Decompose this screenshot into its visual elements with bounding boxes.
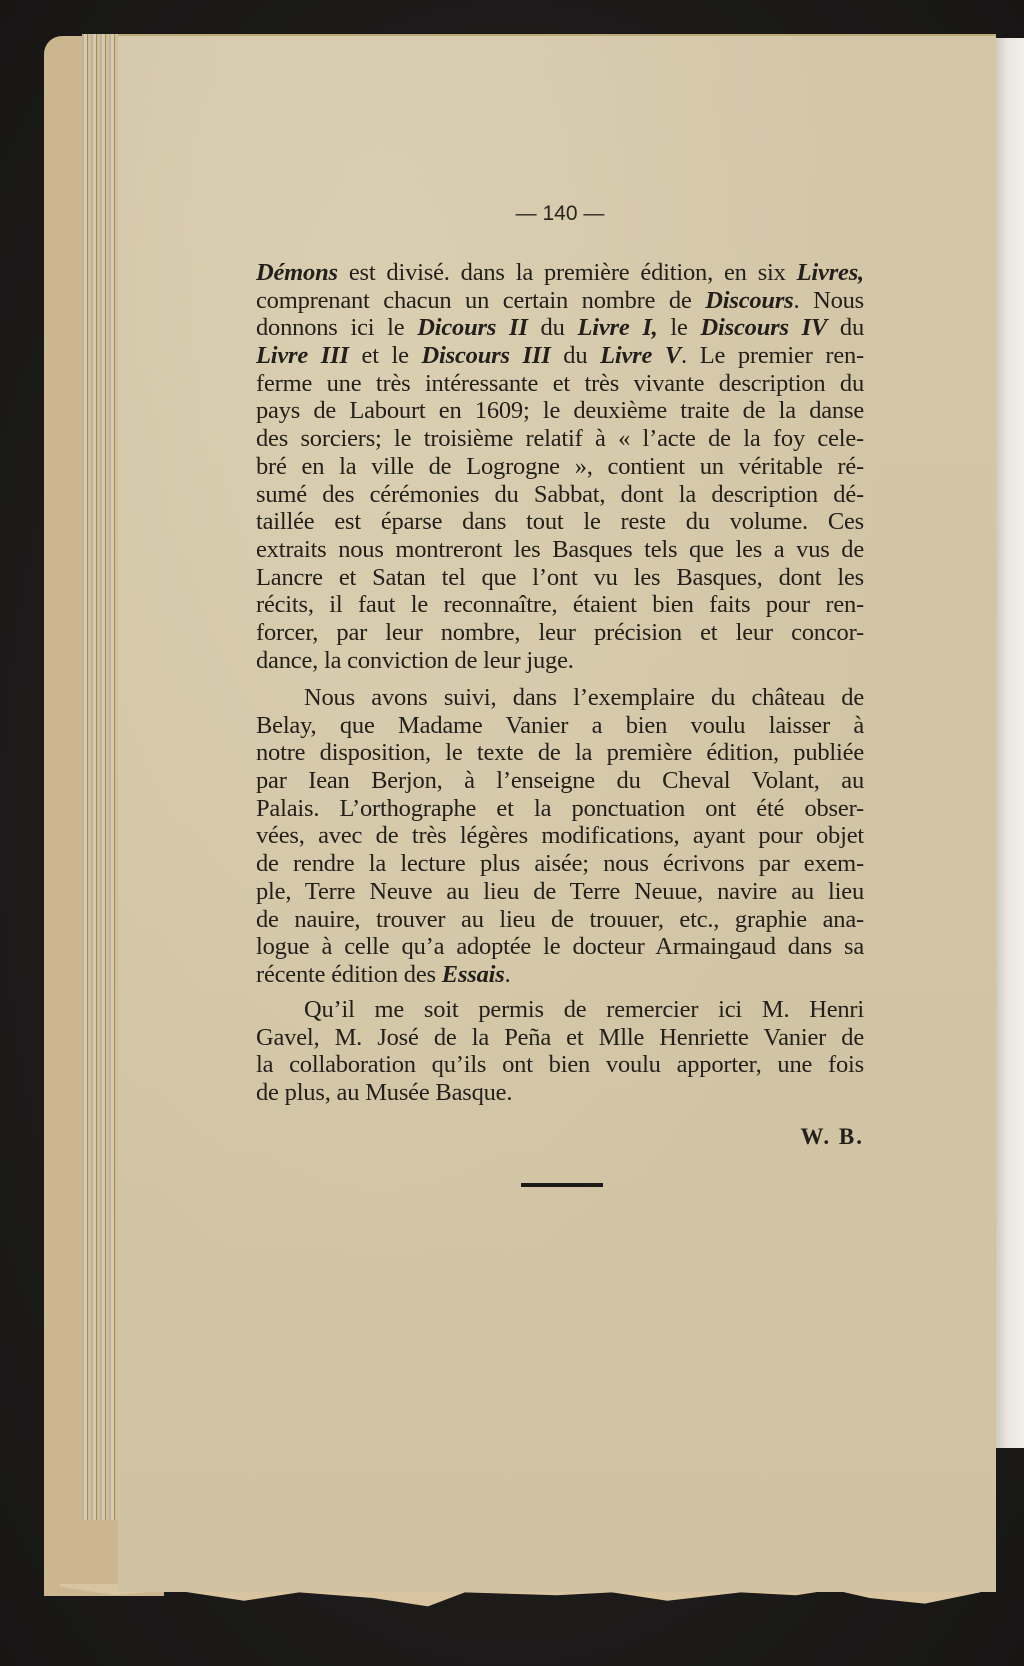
text-line: par Iean Berjon, à l’enseigne du Cheval … [256, 767, 864, 795]
text-run: forcer, par leur nombre, leur précision … [256, 619, 864, 646]
text-line: bré en la ville de Logrogne », contient … [256, 453, 864, 481]
text-line: dance, la conviction de leur juge. [256, 647, 864, 675]
text-line: notre disposition, le texte de la premiè… [256, 739, 864, 767]
italic-title: Discours [705, 287, 793, 314]
text-line: vées, avec de très légères modifications… [256, 822, 864, 850]
text-run: récits, il faut le reconnaître, étaient … [256, 591, 864, 618]
text-run: notre disposition, le texte de la premiè… [256, 739, 864, 766]
text-line: la collaboration qu’ils ont bien voulu a… [256, 1051, 864, 1079]
paragraph: Nous avons suivi, dans l’exemplaire du c… [256, 684, 864, 989]
text-run: ple, Terre Neuve au lieu de Terre Neuue,… [256, 878, 864, 905]
text-run: le [658, 314, 701, 341]
text-run: pays de Labourt en 1609; le deuxième tra… [256, 397, 864, 424]
text-line: Lancre et Satan tel que l’ont vu les Bas… [256, 564, 864, 592]
text-line: Belay, que Madame Vanier a bien voulu la… [256, 712, 864, 740]
text-line: donnons ici le Dicours II du Livre I, le… [256, 314, 864, 342]
text-run: . Nous [794, 287, 864, 314]
text-run: par Iean Berjon, à l’enseigne du Cheval … [256, 767, 864, 794]
signature: W. B. [740, 1123, 864, 1151]
text-line: taillée est éparse dans tout le reste du… [256, 508, 864, 536]
text-run: Lancre et Satan tel que l’ont vu les Bas… [256, 564, 864, 591]
italic-title: Livre I, [577, 314, 657, 341]
facing-page-edge [996, 38, 1024, 1448]
closing-rule [521, 1183, 603, 1187]
text-run: de plus, au Musée Basque. [256, 1079, 512, 1106]
text-line: récits, il faut le reconnaître, étaient … [256, 591, 864, 619]
text-run: logue à celle qu’a adoptée le docteur Ar… [256, 933, 864, 960]
text-run: du [551, 342, 601, 369]
text-run: . Le premier ren- [681, 342, 864, 369]
text-line: Qu’il me soit permis de remercier ici M.… [256, 996, 864, 1024]
italic-title: Essais [442, 961, 505, 988]
text-run: et le [349, 342, 422, 369]
text-line: forcer, par leur nombre, leur précision … [256, 619, 864, 647]
text-run: de nauire, trouver au lieu de trouuer, e… [256, 906, 864, 933]
text-run: Palais. L’orthographe et la ponctuation … [256, 795, 864, 822]
text-run: donnons ici le [256, 314, 417, 341]
italic-title: Discours IV [701, 314, 828, 341]
italic-title: Démons [256, 259, 338, 286]
text-line: sumé des cérémonies du Sabbat, dont la d… [256, 481, 864, 509]
text-line: des sorciers; le troisième relatif à « l… [256, 425, 864, 453]
page-number: — 140 — [256, 200, 864, 228]
paragraph: Qu’il me soit permis de remercier ici M.… [256, 996, 864, 1107]
text-run: du [528, 314, 578, 341]
text-run: Nous avons suivi, dans l’exemplaire du c… [304, 684, 864, 711]
text-run: dance, la conviction de leur juge. [256, 647, 574, 674]
text-line: Démons est divisé. dans la première édit… [256, 259, 864, 287]
italic-title: Livre III [256, 342, 349, 369]
paragraph: Démons est divisé. dans la première édit… [256, 259, 864, 674]
text-run: taillée est éparse dans tout le reste du… [256, 508, 864, 535]
text-run: est divisé. dans la première édition, en… [338, 259, 797, 286]
text-line: extraits nous montreront les Basques tel… [256, 536, 864, 564]
text-line: de rendre la lecture plus aisée; nous éc… [256, 850, 864, 878]
text-run: Qu’il me soit permis de remercier ici M.… [304, 996, 864, 1023]
text-run: Belay, que Madame Vanier a bien voulu la… [256, 712, 864, 739]
text-run: de rendre la lecture plus aisée; nous éc… [256, 850, 864, 877]
text-line: Gavel, M. José de la Peña et Mlle Henrie… [256, 1024, 864, 1052]
text-line: Palais. L’orthographe et la ponctuation … [256, 795, 864, 823]
text-run: récente édition des [256, 961, 442, 988]
text-run: comprenant chacun un certain nombre de [256, 287, 705, 314]
text-line: de plus, au Musée Basque. [256, 1079, 864, 1107]
italic-title: Discours III [422, 342, 551, 369]
text-line: ferme une très intéressante et très viva… [256, 370, 864, 398]
text-line: comprenant chacun un certain nombre de D… [256, 287, 864, 315]
text-line: Livre III et le Discours III du Livre V.… [256, 342, 864, 370]
text-run: Gavel, M. José de la Peña et Mlle Henrie… [256, 1024, 864, 1051]
text-run: la collaboration qu’ils ont bien voulu a… [256, 1051, 864, 1078]
text-run: des sorciers; le troisième relatif à « l… [256, 425, 864, 452]
italic-title: Livres, [797, 259, 864, 286]
text-line: Nous avons suivi, dans l’exemplaire du c… [256, 684, 864, 712]
text-line: de nauire, trouver au lieu de trouuer, e… [256, 906, 864, 934]
text-line: ple, Terre Neuve au lieu de Terre Neuue,… [256, 878, 864, 906]
text-run: extraits nous montreront les Basques tel… [256, 536, 864, 563]
text-line: logue à celle qu’a adoptée le docteur Ar… [256, 933, 864, 961]
text-run: ferme une très intéressante et très viva… [256, 370, 864, 397]
text-run: vées, avec de très légères modifications… [256, 822, 864, 849]
text-run: du [827, 314, 864, 341]
italic-title: Dicours II [417, 314, 527, 341]
text-line: pays de Labourt en 1609; le deuxième tra… [256, 397, 864, 425]
text-run: bré en la ville de Logrogne », contient … [256, 453, 864, 480]
italic-title: Livre V [600, 342, 681, 369]
text-run: sumé des cérémonies du Sabbat, dont la d… [256, 481, 864, 508]
text-line: récente édition des Essais. [256, 961, 864, 989]
text-run: . [505, 961, 511, 988]
